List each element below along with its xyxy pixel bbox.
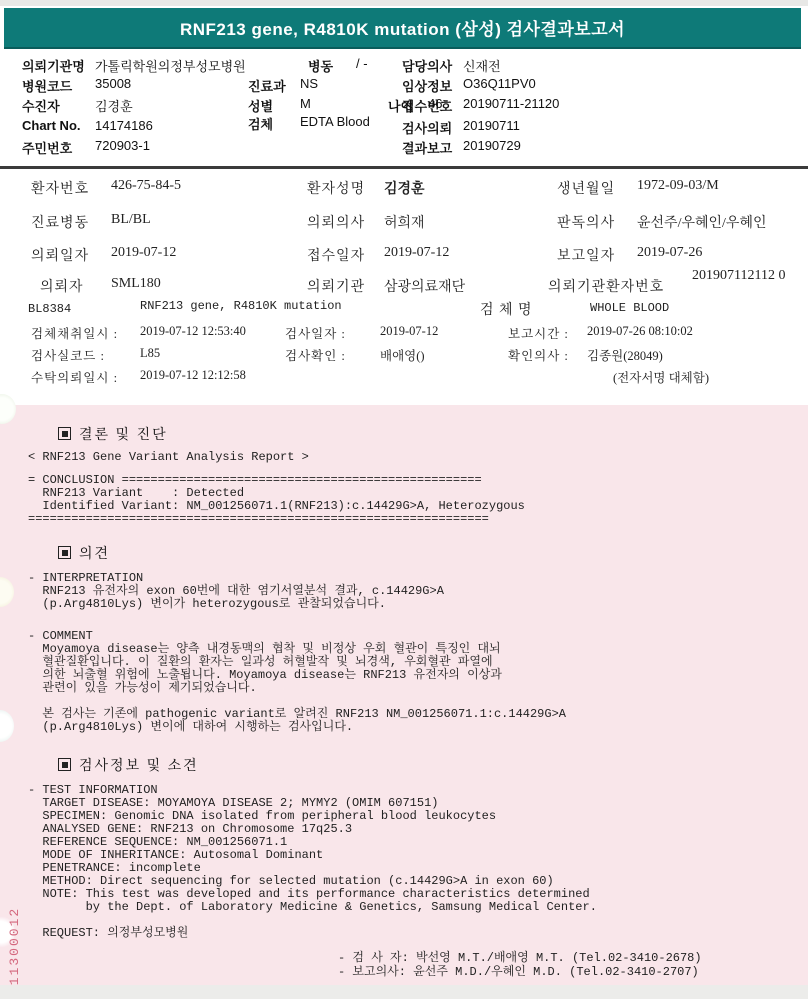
section-bullet-icon [58,758,71,771]
confirm-doctor-label: 확인의사 : [508,346,569,364]
hospital-code-value: 35008 [95,76,131,91]
section-bullet-icon [58,546,71,559]
specimen-name-value: WHOLE BLOOD [590,302,669,315]
interpretation-block: - INTERPRETATION RNF213 유전자의 exon 60번에 대… [28,572,444,611]
org-patient-no-label: 의뢰기관환자번호 [548,276,664,296]
org-label: 의뢰기관명 [22,56,85,75]
doctor-label: 담당의사 [402,56,452,75]
scan-edge-bottom [0,985,808,999]
ordering-doctor-label: 의뢰의사 [307,212,365,232]
section-bullet-icon [58,427,71,440]
report-title: RNF213 gene, R4810K mutation (삼성) 검사결과보고… [180,15,625,40]
conclusion-section-heading: 결론 및 진단 [58,424,168,444]
clinical-value: O36Q11PV0 [463,76,536,91]
patient-no-value: 426-75-84-5 [111,178,181,194]
test-name: RNF213 gene, R4810K mutation [140,300,342,313]
referral-label: 수탁의뢰일시 : [31,368,118,386]
test-code: BL8384 [28,303,71,316]
signatures-block: - 검 사 자: 박선영 M.T./배애영 M.T. (Tel.02-3410-… [338,951,702,979]
verify-value: 배애영() [380,346,425,364]
dept-label: 진료과 [248,76,286,95]
sex-value: M [300,96,311,111]
lab-code-label: 검사실코드 : [31,346,105,364]
report-date-row-value: 2019-07-26 [637,245,702,261]
requester-value: SML180 [111,276,161,292]
report-time-label: 보고시간 : [508,324,569,342]
opinion-section-heading: 의견 [58,543,110,563]
hospital-code-label: 병원코드 [22,76,72,95]
dept-value: NS [300,76,318,91]
birth-value: 1972-09-03/M [637,178,719,194]
analysis-report-title: < RNF213 Gene Variant Analysis Report > [28,451,309,464]
resident-no-label: 주민번호 [22,138,72,157]
conclusion-heading-text: 결론 및 진단 [79,428,168,443]
confirm-doctor-value: 김종원(28049) [587,346,663,364]
report-date-value: 20190729 [463,138,521,153]
reading-doctor-value: 윤선주/우혜인/우혜인 [637,212,767,232]
patient-no-label: 환자번호 [31,178,89,198]
doctor-value: 신재전 [463,56,501,75]
request-org-value: 삼광의료재단 [384,276,465,296]
requester-label: 의뢰자 [40,276,84,296]
ordering-doctor-value: 허희재 [384,212,425,232]
order-date-row-value: 2019-07-12 [111,245,176,261]
esign-note: (전자서명 대체함) [613,368,709,386]
receipt-label: 접수번호 [402,96,452,115]
chart-no-value: 14174186 [95,118,153,133]
birth-label: 생년월일 [557,178,615,198]
order-date-value: 20190711 [463,118,520,133]
patient-label: 수진자 [22,96,60,115]
opinion-heading-text: 의견 [79,547,110,562]
scan-edge-top [0,0,808,6]
conclusion-block: = CONCLUSION ===========================… [28,474,525,526]
request-org-label: 의뢰기관 [307,276,365,296]
referral-value: 2019-07-12 12:12:58 [140,368,246,383]
test-date-value: 2019-07-12 [380,324,438,339]
test-info-section-heading: 검사정보 및 소견 [58,755,199,775]
ward-row-label: 진료병동 [31,212,89,232]
chart-no-label: Chart No. [22,118,81,133]
test-date-label: 검사일자 : [285,324,346,342]
order-date-label: 검사의뢰 [402,118,452,137]
receive-date-label: 접수일자 [307,245,365,265]
collected-label: 검체채취일시 : [31,324,118,342]
test-info-heading-text: 검사정보 및 소견 [79,759,199,774]
lab-code-value: L85 [140,346,160,361]
specimen-name-label: 검 체 명 [480,299,533,319]
patient-name-label: 환자성명 [307,178,365,198]
report-title-bar: RNF213 gene, R4810K mutation (삼성) 검사결과보고… [4,8,801,49]
org-patient-no-value: 201907112112 0 [692,268,787,283]
resident-no-value: 720903-1 [95,138,150,153]
report-time-value: 2019-07-26 08:10:02 [587,324,693,339]
report-date-row-label: 보고일자 [557,245,615,265]
comment-block: - COMMENT Moyamoya disease는 양측 내경동맥의 협착 … [28,630,566,734]
section-divider [0,166,808,169]
org-value: 가톨릭학원의정부성모병원 [95,56,246,75]
test-information-block: - TEST INFORMATION TARGET DISEASE: MOYAM… [28,784,597,940]
receive-date-value: 2019-07-12 [384,245,449,261]
document-serial-number: 11300012 [7,891,23,999]
clinical-label: 임상정보 [402,76,452,95]
patient-value: 김경훈 [95,96,133,115]
specimen-value: EDTA Blood [300,114,370,129]
order-date-row-label: 의뢰일자 [31,245,89,265]
ward-row-value: BL/BL [111,212,151,228]
reading-doctor-label: 판독의사 [557,212,615,232]
ward-label: 병동 [308,56,333,75]
specimen-label: 검체 [248,114,273,133]
ward-value: / - [356,56,368,71]
patient-name-value: 김경훈 [384,178,425,198]
collected-value: 2019-07-12 12:53:40 [140,324,246,339]
report-date-label: 결과보고 [402,138,452,157]
sex-label: 성별 [248,96,273,115]
receipt-value: 20190711-21120 [463,96,559,111]
verify-label: 검사확인 : [285,346,346,364]
